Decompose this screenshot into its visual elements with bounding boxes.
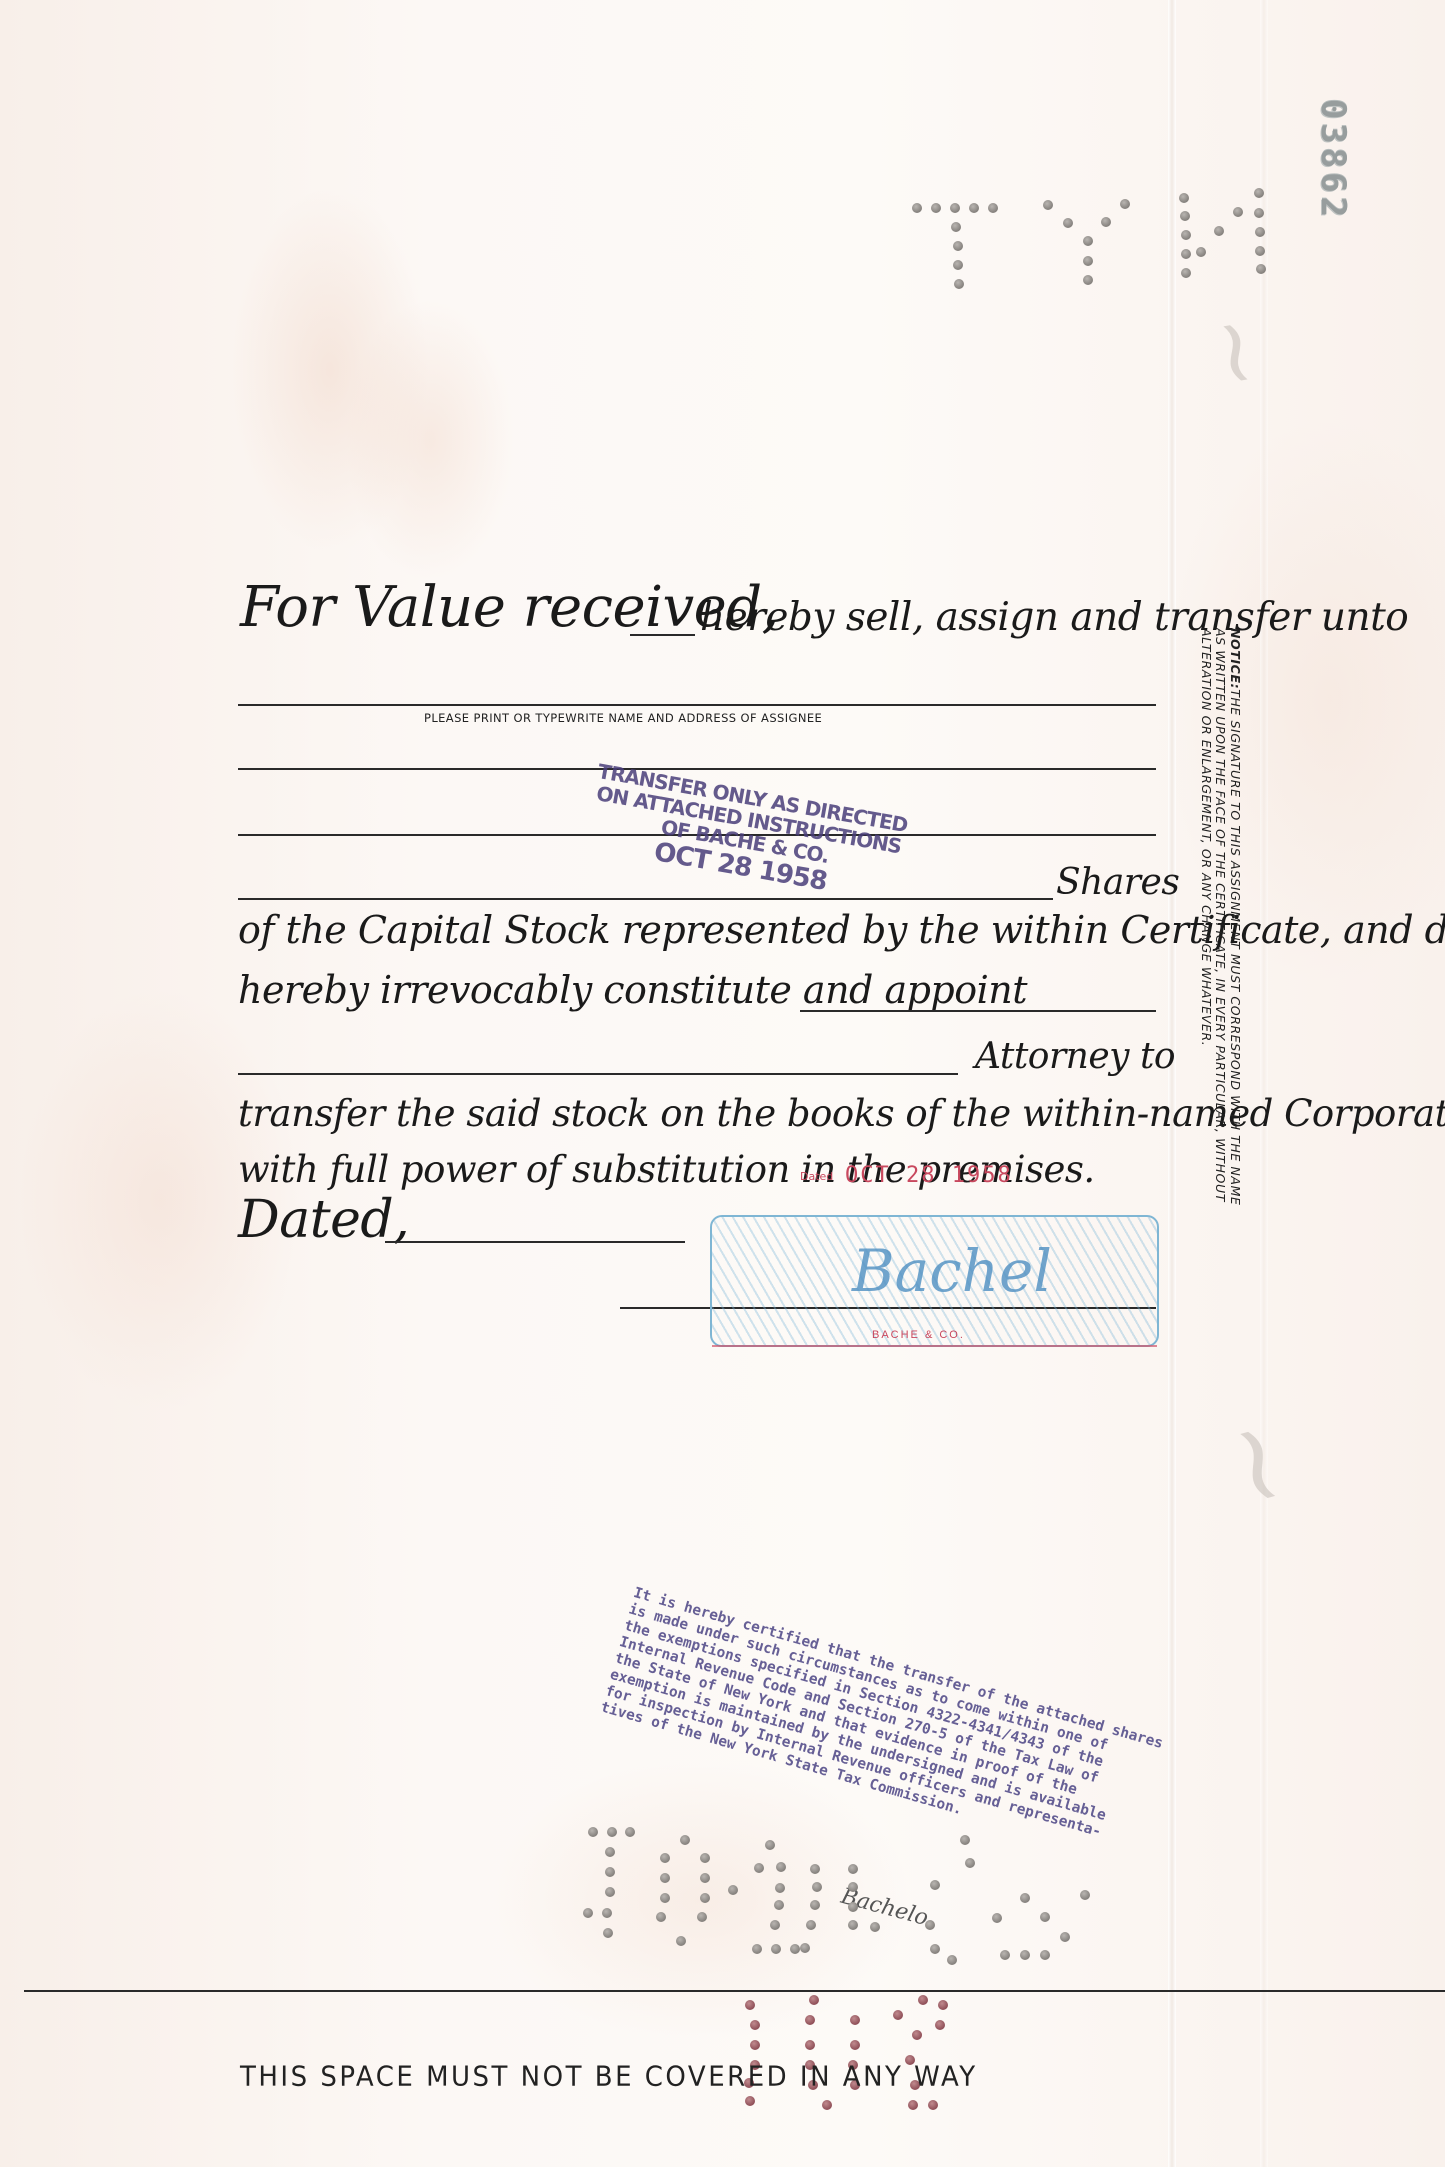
- attorney-line[interactable]: [238, 1073, 958, 1075]
- appoint-text: hereby irrevocably constitute and appoin…: [238, 968, 1027, 1012]
- footer-rule: [24, 1990, 1445, 1992]
- fold-line: [1168, 0, 1176, 2167]
- do-not-cover-warning: THIS SPACE MUST NOT BE COVERED IN ANY WA…: [240, 2061, 978, 2093]
- assignee-caption: PLEASE PRINT OR TYPEWRITE NAME AND ADDRE…: [424, 711, 822, 725]
- notice-line: ALTERATION OR ENLARGEMENT, OR ANY CHANGE…: [1199, 628, 1214, 1205]
- assignee-address-line[interactable]: [238, 768, 1156, 770]
- dated-label: Dated,: [238, 1190, 409, 1250]
- shares-label: Shares: [1056, 862, 1179, 903]
- for-value-received-text: For Value received,: [240, 575, 779, 640]
- signature-notice: NOTICE:THE SIGNATURE TO THIS ASSIGNMENT …: [1199, 628, 1243, 1205]
- guarantor-firm: BACHE & CO.: [872, 1329, 965, 1341]
- notice-line: AS WRITTEN UPON THE FACE OF THE CERTIFIC…: [1213, 628, 1228, 1205]
- attorney-name-line[interactable]: [800, 1010, 1156, 1012]
- capital-stock-text: of the Capital Stock represented by the …: [238, 908, 1445, 952]
- red-dated-label: Dated: [800, 1170, 833, 1183]
- signature-guarantee-stamp: Bachel BACHE & CO.: [710, 1215, 1159, 1347]
- sell-assign-transfer-text: hereby sell, assign and transfer unto: [700, 595, 1408, 640]
- notice-heading: NOTICE:: [1228, 628, 1243, 689]
- assignee-line: [238, 704, 1156, 706]
- red-date-stamp: OCT 28 1958: [845, 1163, 1013, 1188]
- date-line[interactable]: [385, 1241, 685, 1243]
- guarantor-signature: Bachel: [852, 1237, 1052, 1305]
- serial-number-stamp: 03862: [1313, 99, 1353, 221]
- blank-line: [630, 634, 695, 636]
- attorney-label: Attorney to: [975, 1036, 1175, 1077]
- transfer-books-text: transfer the said stock on the books of …: [238, 1092, 1445, 1135]
- shares-count-line[interactable]: [238, 898, 1053, 900]
- guarantee-underline: [712, 1345, 1157, 1347]
- notice-line: THE SIGNATURE TO THIS ASSIGNMENT MUST CO…: [1228, 689, 1243, 1205]
